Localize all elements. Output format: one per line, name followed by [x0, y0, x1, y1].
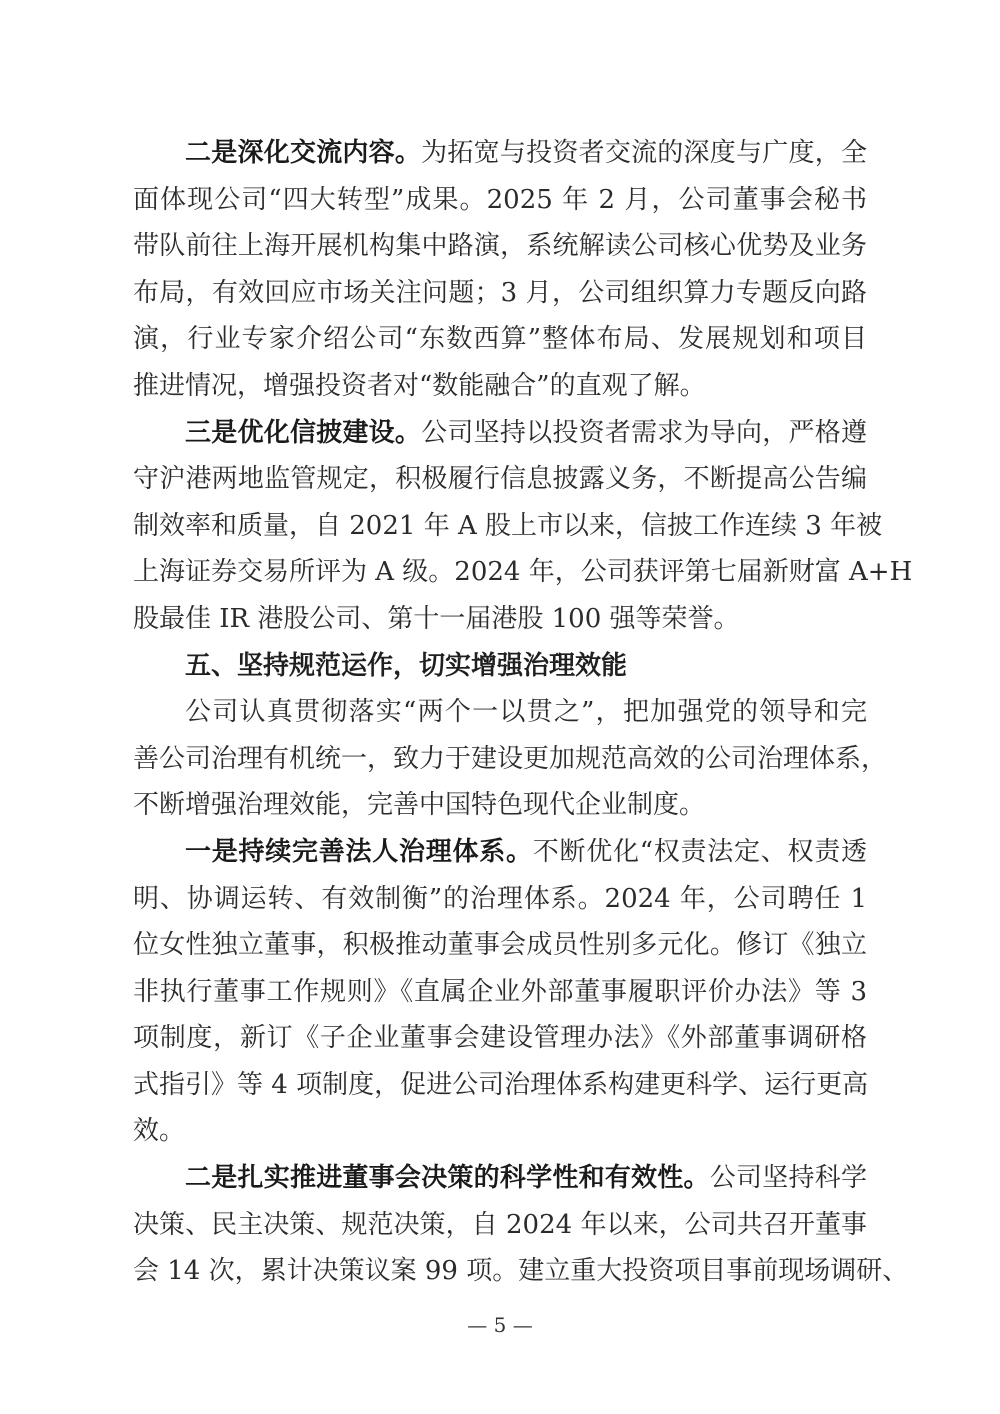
- page-number: — 5 —: [0, 1313, 1000, 1337]
- paragraph-line: 面体现公司“四大转型”成果。2025 年 2 月，公司董事会秘书: [133, 177, 867, 224]
- paragraph-line: 二是扎实推进董事会决策的科学性和有效性。公司坚持科学: [133, 1155, 867, 1202]
- paragraph-text: 公司坚持以投资者需求为导向，严格遵: [421, 418, 867, 448]
- paragraph-line: 上海证券交易所评为 A 级。2024 年，公司获评第七届新财富 A+H: [133, 549, 867, 596]
- paragraph-text: 不断优化“权责法定、权责透: [533, 837, 867, 867]
- paragraph-lead-heading: 一是持续完善法人治理体系。: [185, 837, 533, 867]
- paragraph-text: 为拓宽与投资者交流的深度与广度，全: [421, 138, 867, 168]
- paragraph-lead-heading: 二是扎实推进董事会决策的科学性和有效性。: [185, 1163, 710, 1193]
- paragraph-line: 不断增强治理效能，完善中国特色现代企业制度。: [133, 782, 867, 829]
- paragraph-line: 决策、民主决策、规范决策，自 2024 年以来，公司共召开董事: [133, 1202, 867, 1249]
- paragraph-line: 演，行业专家介绍公司“东数西算”整体布局、发展规划和项目: [133, 316, 867, 363]
- paragraph-line: 布局，有效回应市场关注问题；3 月，公司组织算力专题反向路: [133, 270, 867, 317]
- paragraph-line: 会 14 次，累计决策议案 99 项。建立重大投资项目事前现场调研、: [133, 1248, 867, 1295]
- paragraph-line: 推进情况，增强投资者对“数能融合”的直观了解。: [133, 363, 867, 410]
- paragraph-line: 一是持续完善法人治理体系。不断优化“权责法定、权责透: [133, 829, 867, 876]
- paragraph-line: 股最佳 IR 港股公司、第十一届港股 100 强等荣誉。: [133, 596, 867, 643]
- paragraph-line: 位女性独立董事，积极推动董事会成员性别多元化。修订《独立: [133, 922, 867, 969]
- paragraph-line: 明、协调运转、有效制衡”的治理体系。2024 年，公司聘任 1: [133, 876, 867, 923]
- paragraph-line: 二是深化交流内容。为拓宽与投资者交流的深度与广度，全: [133, 130, 867, 177]
- paragraph-line: 善公司治理有机统一，致力于建设更加规范高效的公司治理体系，: [133, 736, 867, 783]
- paragraph-line: 公司认真贯彻落实“两个一以贯之”，把加强党的领导和完: [133, 689, 867, 736]
- paragraph-line: 制效率和质量，自 2021 年 A 股上市以来，信披工作连续 3 年被: [133, 503, 867, 550]
- paragraph-line: 三是优化信披建设。公司坚持以投资者需求为导向，严格遵: [133, 410, 867, 457]
- paragraph-line: 效。: [133, 1108, 867, 1155]
- section-heading: 五、坚持规范运作，切实增强治理效能: [133, 643, 867, 690]
- document-page: 二是深化交流内容。为拓宽与投资者交流的深度与广度，全 面体现公司“四大转型”成果…: [0, 0, 1000, 1414]
- paragraph-line: 项制度，新订《子企业董事会建设管理办法》《外部董事调研格: [133, 1015, 867, 1062]
- document-body: 二是深化交流内容。为拓宽与投资者交流的深度与广度，全 面体现公司“四大转型”成果…: [133, 130, 867, 1295]
- paragraph-line: 带队前往上海开展机构集中路演，系统解读公司核心优势及业务: [133, 223, 867, 270]
- paragraph-line: 非执行董事工作规则》《直属企业外部董事履职评价办法》等 3: [133, 969, 867, 1016]
- paragraph-text: 公司坚持科学: [710, 1163, 867, 1193]
- paragraph-lead-heading: 二是深化交流内容。: [185, 138, 421, 168]
- paragraph-line: 式指引》等 4 项制度，促进公司治理体系构建更科学、运行更高: [133, 1062, 867, 1109]
- paragraph-line: 守沪港两地监管规定，积极履行信息披露义务，不断提高公告编: [133, 456, 867, 503]
- paragraph-lead-heading: 三是优化信披建设。: [185, 418, 421, 448]
